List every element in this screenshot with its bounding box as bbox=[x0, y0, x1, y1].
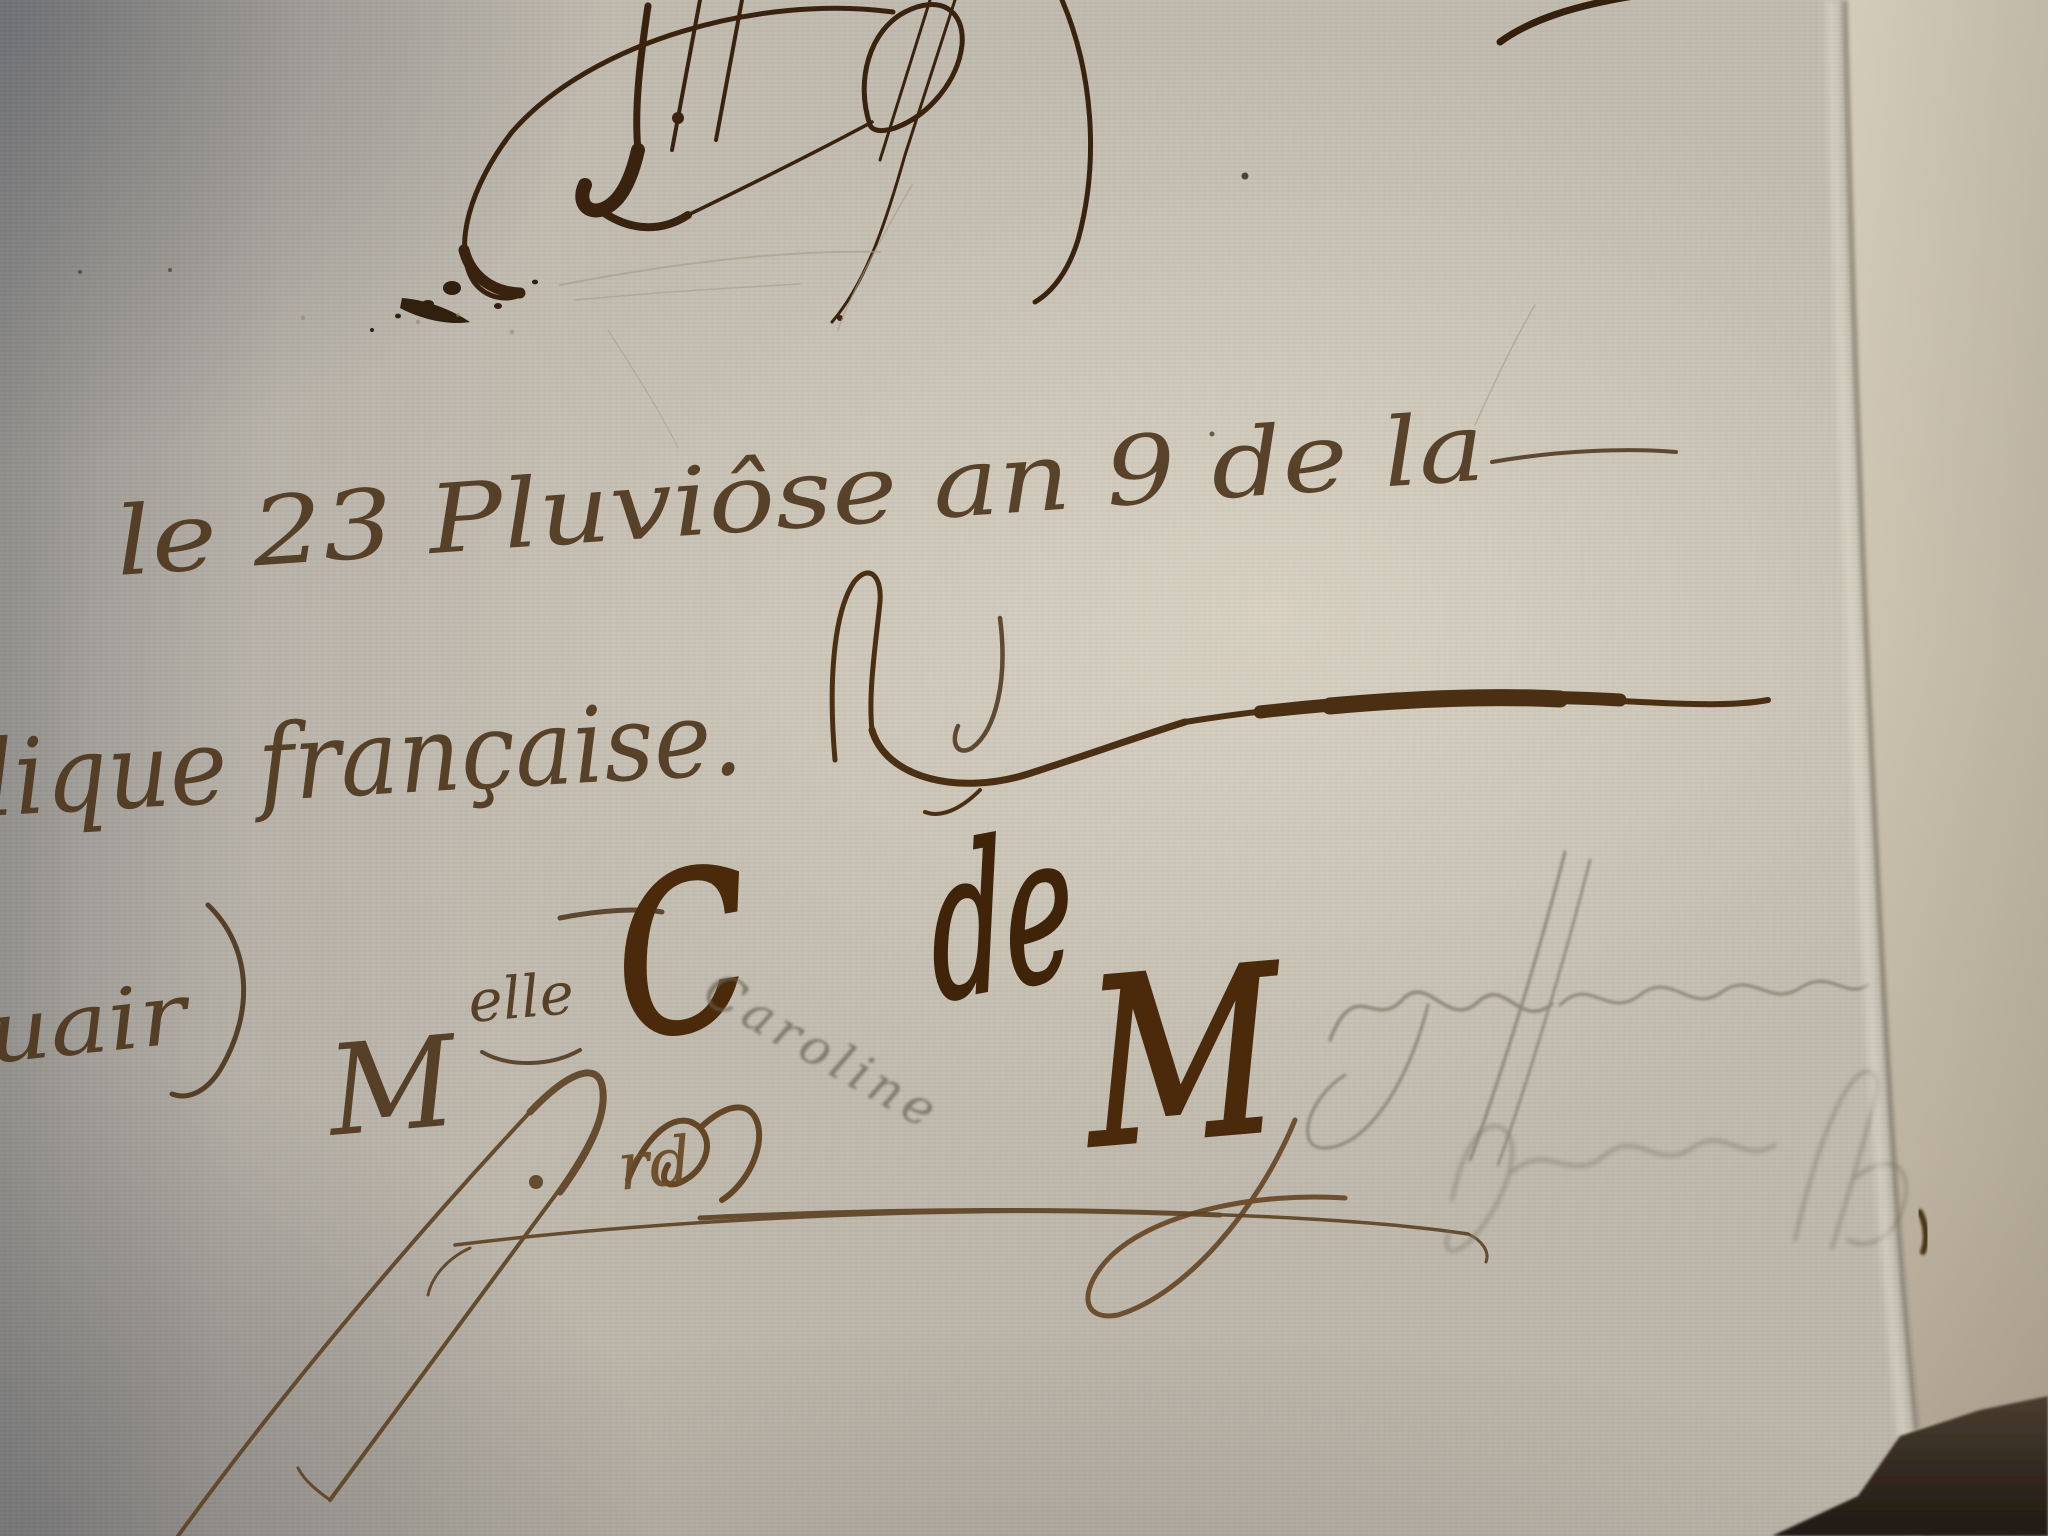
honorific-initial-text: M bbox=[320, 1009, 465, 1165]
manuscript-photo: le 23 Pluviôse an 9 de la lique français… bbox=[0, 0, 2048, 1536]
monogram-dot bbox=[672, 112, 684, 124]
signature-family-initial-m: M bbox=[1076, 917, 1290, 1200]
signature-particle-text: de bbox=[924, 787, 1080, 1049]
honorific-superscript-text: elle bbox=[465, 959, 576, 1036]
paraphe-superscript-text: rd bbox=[614, 1122, 695, 1206]
paraphe-dot bbox=[529, 1175, 543, 1189]
separator-sweep-core bbox=[1330, 698, 1560, 706]
ink-artwork: le 23 Pluviôse an 9 de la lique français… bbox=[0, 0, 2048, 1536]
signature-initial-c: C bbox=[603, 820, 763, 1091]
